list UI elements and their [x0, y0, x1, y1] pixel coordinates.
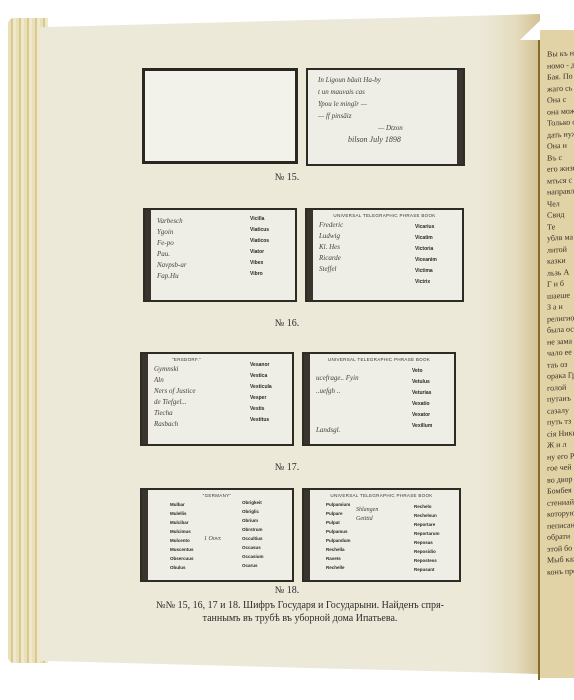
book-header: UNIVERSAL TELEGRAPHIC PHRASE BOOK — [304, 357, 454, 362]
book-header: UNIVERSAL TELEGRAPHIC PHRASE BOOK — [307, 213, 462, 218]
code-words: VetoVetulusVeturiasVexatioVexatorVexillu… — [412, 366, 432, 432]
figure-caption: №№ 15, 16, 17 и 18. Шифръ Государя и Гос… — [100, 599, 500, 625]
book-header: "ERSDORF." — [172, 357, 292, 362]
text-line: конъ про — [547, 565, 574, 578]
figure-16: VarbeschYgoinFe-poPau.Navpsb-arFap.Hu Vi… — [143, 208, 464, 302]
text-line: Она н — [547, 139, 574, 152]
code-words: RecheloRechelsunReportareReportarumRepos… — [414, 502, 440, 574]
text-line: Она с — [547, 93, 574, 106]
text-line: путанъ — [547, 392, 574, 405]
code-words: ObrigkeitObriglicObriumObrstrumOccultius… — [242, 498, 264, 570]
photo-cipher-book-left: "GERMANY" MulbarMulellisMulcibarMulcimus… — [140, 488, 294, 582]
caption-line-1: №№ 15, 16, 17 и 18. Шифръ Государя и Гос… — [100, 599, 500, 612]
handwriting: ucefrage.. Fyin..uefgh ..Landsgl. — [316, 372, 359, 437]
code-words: PulpamiumPulparePulpatPulpamusPulpandumR… — [326, 500, 351, 572]
figure-label-15: № 15. — [0, 172, 574, 183]
handwriting: ShlangenGetttid — [356, 506, 378, 524]
text-line: Бомбея — [547, 484, 574, 497]
text-line: Ж и л — [547, 438, 574, 451]
code-words: VesanorVesticaVesticulaVesperVestisVesti… — [250, 360, 272, 426]
book-gutter — [538, 40, 540, 680]
page-stain — [480, 14, 540, 674]
book-header: UNIVERSAL TELEGRAPHIC PHRASE BOOK — [304, 493, 459, 498]
code-words: MulbarMulellisMulcibarMulcimusMulcentoMu… — [170, 500, 194, 572]
handwriting: VarbeschYgoinFe-poPau.Navpsb-arFap.Hu — [157, 216, 187, 282]
photo-cipher-book-left: VarbeschYgoinFe-poPau.Navpsb-arFap.Hu Vi… — [143, 208, 297, 302]
figure-label-17: № 17. — [0, 462, 574, 473]
text-line: направл — [547, 185, 574, 198]
figure-17: "ERSDORF." GymnskiAlnNers of Justicede T… — [140, 352, 456, 446]
caption-line-2: таннымъ въ трубѣ въ уборной дома Ипатьев… — [100, 612, 500, 625]
code-words: VicillaViaticusViaticosViatorVibexVibro — [250, 214, 269, 280]
text-line: которую — [547, 507, 574, 520]
text-line: З а н — [547, 300, 574, 313]
figure-label-18: № 18. — [0, 585, 574, 596]
photo-handwritten-note: In Ligoun bâuit Ha-by t un mauvais cas Y… — [306, 68, 465, 166]
text-line: обрати — [547, 530, 574, 543]
figure-15: In Ligoun bâuit Ha-by t un mauvais cas Y… — [142, 68, 465, 166]
text-line: Только с — [547, 116, 574, 129]
handwriting: GymnskiAlnNers of Justicede Tiefgel...Ti… — [154, 364, 196, 430]
text-line: ублв ма — [547, 231, 574, 244]
handwriting: In Ligoun bâuit Ha-by t un mauvais cas Y… — [318, 74, 403, 146]
photo-cipher-book-right: UNIVERSAL TELEGRAPHIC PHRASE BOOK Freder… — [305, 208, 464, 302]
photo-cover-blank — [142, 68, 298, 164]
photo-cipher-book-left: "ERSDORF." GymnskiAlnNers of Justicede T… — [140, 352, 294, 446]
book-header: "GERMANY" — [142, 493, 292, 498]
text-line: Вы къ не — [547, 47, 574, 60]
handwriting: 1 Oovr. — [204, 534, 222, 545]
text-line: Бая. По — [547, 70, 574, 83]
handwriting: FredericLudwigKl. HesRicardeSteffel — [319, 220, 343, 275]
right-page-text: Вы къ не номо - д Бая. По жаго сь Она с … — [547, 48, 574, 577]
text-line: Мыб каж — [547, 553, 574, 566]
text-line: Свид — [547, 208, 574, 221]
text-line: путь тз — [547, 415, 574, 428]
text-line: Г и б — [547, 277, 574, 290]
figure-18: "GERMANY" MulbarMulellisMulcibarMulcimus… — [140, 488, 461, 582]
text-line: казки — [547, 254, 574, 267]
code-words: VicariusVicatimVictoriaViceanimVictimaVi… — [415, 222, 437, 288]
text-line: орака Гр — [547, 369, 574, 382]
photo-cipher-book-right: UNIVERSAL TELEGRAPHIC PHRASE BOOK Pulpam… — [302, 488, 461, 582]
text-line: чало ее — [547, 346, 574, 359]
photo-cipher-book-right: UNIVERSAL TELEGRAPHIC PHRASE BOOK ucefra… — [302, 352, 456, 446]
figure-label-16: № 16. — [0, 318, 574, 329]
